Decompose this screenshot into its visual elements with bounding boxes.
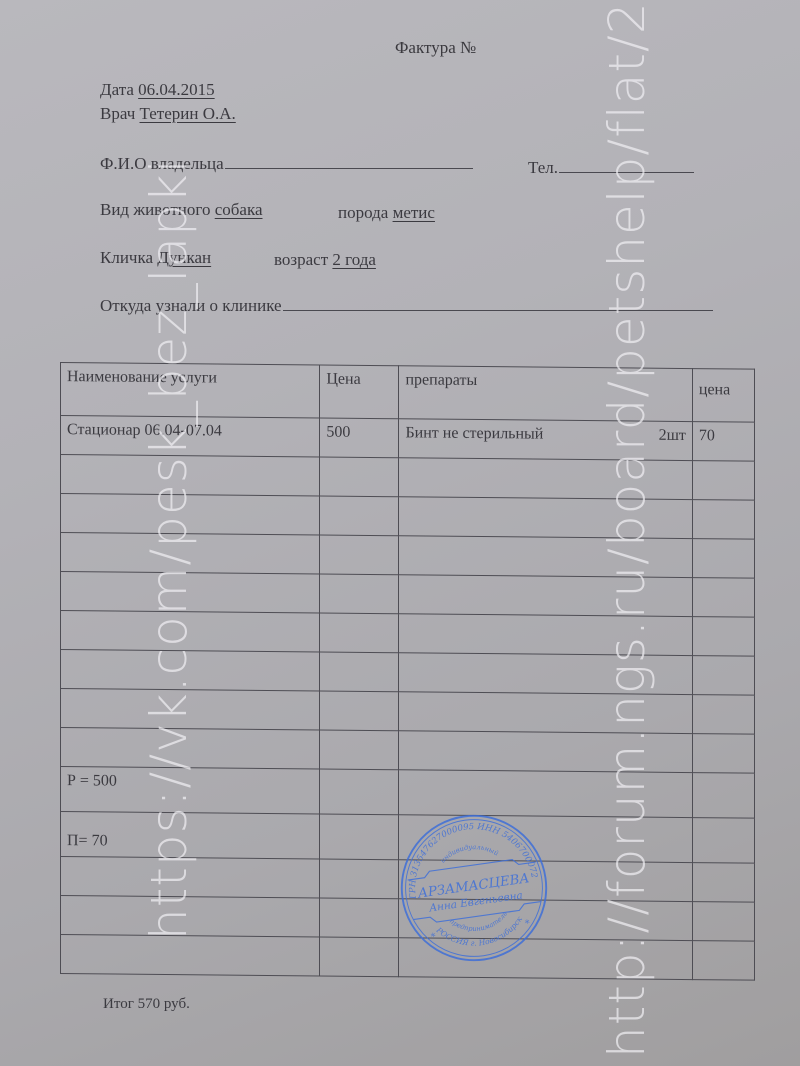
cell-drug-price: 70 bbox=[692, 422, 754, 462]
age-label: возраст bbox=[274, 250, 328, 269]
invoice-page: Фактура № Дата 06.04.2015 Врач Тетерин О… bbox=[0, 0, 800, 1066]
cell-drug-quantity: 2шт bbox=[659, 427, 686, 445]
phone-label: Тел. bbox=[528, 158, 558, 177]
cell-drug-price bbox=[692, 773, 754, 819]
cell-drug-price bbox=[692, 578, 754, 618]
age-value: 2 года bbox=[332, 250, 376, 269]
svg-text:РОССИЯ г. Новосибирск: РОССИЯ г. Новосибирск bbox=[433, 913, 527, 953]
cell-price bbox=[320, 574, 399, 614]
cell-price bbox=[320, 730, 399, 770]
cell-service bbox=[61, 935, 320, 976]
cell-drug-price bbox=[692, 863, 754, 903]
cell-drug-price bbox=[692, 695, 754, 735]
watermark-vk-link: https://vk.com/pesk_bez_lapki bbox=[140, 158, 198, 940]
doctor-label: Врач bbox=[100, 104, 135, 123]
age-field: возраст 2 года bbox=[274, 250, 376, 270]
doctor-value: Тетерин О.А. bbox=[140, 104, 236, 123]
owner-blank-line bbox=[225, 167, 473, 169]
cell-price bbox=[320, 457, 399, 497]
cell-price bbox=[320, 652, 399, 692]
seal-stamp-icon: ОГРН 313547627000095 ИНН 540670007265 ин… bbox=[388, 802, 560, 974]
document-title: Фактура № bbox=[395, 38, 476, 58]
date-field: Дата 06.04.2015 bbox=[100, 80, 215, 100]
cell-drug-price bbox=[692, 500, 754, 540]
cell-drug-price bbox=[692, 734, 754, 774]
cell-price bbox=[320, 814, 399, 860]
cell-price bbox=[320, 859, 399, 899]
header-price: Цена bbox=[320, 365, 399, 419]
watermark-forum-link: http://forum.ngs.ru/board/petshelp/flat/… bbox=[598, 0, 656, 1058]
cell-drug-price bbox=[692, 818, 754, 864]
cell-price bbox=[320, 496, 399, 536]
date-value: 06.04.2015 bbox=[138, 80, 215, 99]
breed-field: порода метис bbox=[338, 203, 435, 223]
cell-drug-price bbox=[692, 539, 754, 579]
date-label: Дата bbox=[100, 80, 134, 99]
header-drug-price: цена bbox=[692, 369, 754, 423]
cell-drug-price bbox=[692, 617, 754, 657]
svg-text:индивидуальный: индивидуальный bbox=[437, 839, 501, 865]
cell-price bbox=[320, 691, 399, 731]
cell-price bbox=[320, 898, 399, 938]
cell-drug-price bbox=[692, 902, 754, 942]
cell-price bbox=[320, 613, 399, 653]
cell-price bbox=[320, 937, 399, 977]
animal-value: собака bbox=[215, 200, 263, 219]
breed-value: метис bbox=[393, 203, 435, 222]
breed-label: порода bbox=[338, 203, 388, 222]
cell-drug-price bbox=[692, 941, 754, 981]
svg-text:*: * bbox=[524, 918, 530, 930]
cell-price bbox=[320, 769, 399, 815]
doctor-field: Врач Тетерин О.А. bbox=[100, 104, 236, 124]
cell-price: 500 bbox=[320, 418, 399, 458]
cell-drug-price bbox=[692, 461, 754, 501]
cell-price bbox=[320, 535, 399, 575]
invoice-total: Итог 570 руб. bbox=[103, 996, 190, 1013]
cell-drug-price bbox=[692, 656, 754, 696]
